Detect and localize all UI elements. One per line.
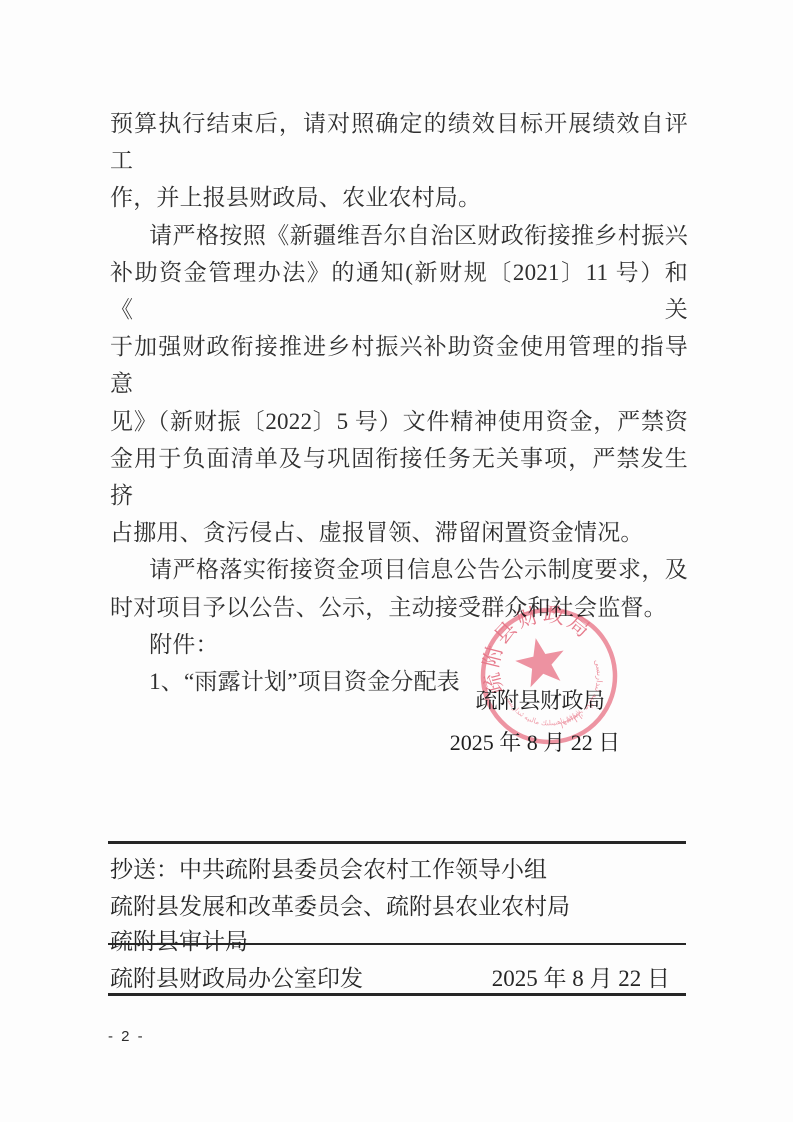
- body-line: 请严格落实衔接资金项目信息公告公示制度要求，及: [110, 551, 688, 588]
- star-icon: [512, 633, 570, 689]
- signature-date: 2025 年 8 月 22 日: [415, 726, 655, 757]
- body-line: 补助资金管理办法》的通知(新财规〔2021〕11 号）和《关: [110, 254, 688, 328]
- footer-rule-middle: [108, 943, 686, 945]
- body-line: 请严格按照《新疆维吾尔自治区财政衔接推乡村振兴: [110, 217, 688, 254]
- body-line: 作，并上报县财政局、农业农村局。: [110, 179, 688, 216]
- cc-line-1: 抄送：中共疏附县委员会农村工作领导小组: [110, 851, 688, 884]
- cc-line-2: 疏附县发展和改革委员会、疏附县农业农村局: [110, 888, 688, 921]
- footer-rule-bottom: [108, 993, 686, 996]
- body-line: 预算执行结束后，请对照确定的绩效目标开展绩效自评工: [110, 105, 688, 179]
- issuer-name: 疏附县财政局办公室印发: [110, 960, 363, 993]
- signature-agency: 疏附县财政局: [440, 684, 640, 715]
- body-line: 占挪用、贪污侵占、虚报冒领、滞留闲置资金情况。: [110, 514, 688, 551]
- body-line: 金用于负面清单及与巩固衔接任务无关事项，严禁发生挤: [110, 440, 688, 514]
- body-line: 于加强财政衔接推进乡村振兴补助资金使用管理的指导意: [110, 328, 688, 402]
- footer-rule-top: [108, 841, 686, 844]
- document-page: 预算执行结束后，请对照确定的绩效目标开展绩效自评工 作，并上报县财政局、农业农村…: [0, 0, 793, 1122]
- page-number: - 2 -: [108, 1028, 145, 1045]
- cc-line-3: 疏附县审计局: [110, 923, 688, 956]
- body-line: 见》（新财振〔2022〕5 号）文件精神使用资金，严禁资: [110, 403, 688, 440]
- issuer-row: 疏附县财政局办公室印发 2025 年 8 月 22 日: [110, 960, 686, 993]
- issue-date: 2025 年 8 月 22 日: [492, 960, 686, 993]
